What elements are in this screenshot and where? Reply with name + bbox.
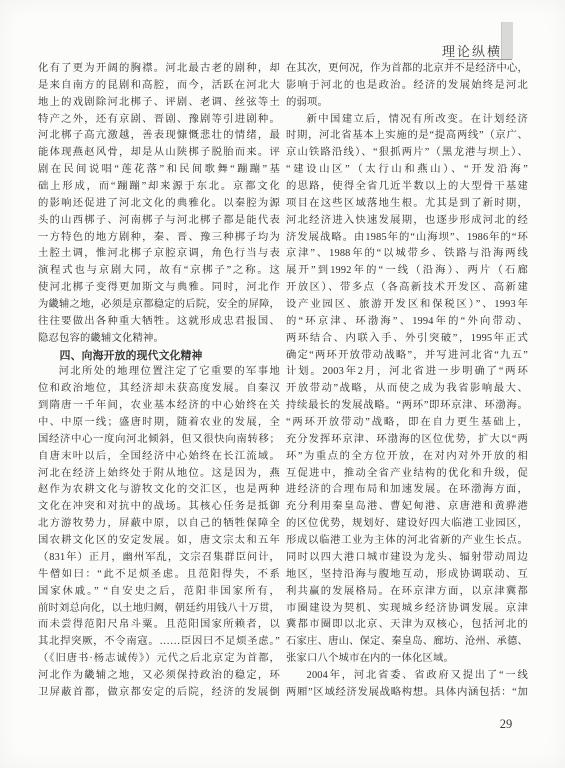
text-line: 国农耕文化区的安定发展。如，唐文宗太和五年 (38, 533, 280, 550)
text-line: 文化在冲突和对抗中的战场。其核心任务是抵御 (38, 499, 280, 516)
text-line: 京津”、1988年的“以城带乡、铁路与沿海两线 (286, 246, 528, 263)
text-line: 持续最长的发展战略。“两环”即环京津、环渤海。 (286, 398, 528, 415)
text-line: 地上的戏剧除河北梆子、评剧、老调、丝弦等土 (38, 95, 280, 112)
text-line: 新中国建立后，情况有所改变。在计划经济 (286, 112, 528, 129)
text-line: 开放带动”战略，从而使之成为我省影响最大、 (286, 381, 528, 398)
text-line: 张家口八个城市在内的一体化区域。 (286, 651, 528, 668)
text-line: 市圈建设为契机、实现城乡经济协调发展。京津 (286, 601, 528, 618)
text-line: 土腔土调，惟河北梆子京腔京调，角色行当与表 (38, 246, 280, 263)
text-line: 充分利用秦皇岛港、曹妃甸港、京唐港和黄骅港 (286, 499, 528, 516)
text-line: 影响于河北的也是政治。经济的发展始终是河北 (286, 78, 528, 95)
document-page: 理论纵横 化有了更为开阔的胸襟。河北最古老的剧种，却是来自南方的昆剧和高腔，而今… (0, 0, 565, 768)
text-line: 河北梆子高亢激越，善表现慷慨悲壮的情绪，最 (38, 128, 280, 145)
text-line: 赵作为农耕文化与游牧文化的交汇区，也是两种 (38, 482, 280, 499)
text-column-right: 在其次，更何况，作为首都的北京并不是经济中心，影响于河北的也是政治。经济的发展始… (286, 61, 528, 702)
text-line: 中、中原一线；盛唐时期，随着农业的发展，全 (38, 415, 280, 432)
text-line: 自唐末叶以后，全国经济中心始终在长江流域。 (38, 449, 280, 466)
text-line: 河北所处的地理位置注定了它重要的军事地 (38, 364, 280, 381)
text-line: 2004年，河北省委、省政府又提出了“一线 (286, 668, 528, 685)
text-line: 国家休戚。” “自安史之后，范阳非国家所有， (38, 584, 280, 601)
text-line: 是来自南方的昆剧和高腔，而今，活跃在河北大 (38, 78, 280, 95)
page-header-title: 理论纵横 (442, 41, 502, 60)
text-line: 而未尝得范阳尺帛斗粟。且范阳国家所赖者，以 (38, 617, 280, 634)
text-line: 确定“两环开放带动战略”，并写进河北省“九五” (286, 348, 528, 365)
text-line: 计划。2003年2月，河北省进一步明确了“两环 (286, 364, 528, 381)
text-line: 卫屏蔽首都，做京都安定的后院，经济的发展倒 (38, 685, 280, 702)
section-heading: 四、向海开放的现代文化精神 (38, 348, 280, 365)
text-line: 环”为重点的全方位开放，在对内对外开放的相 (286, 449, 528, 466)
text-line: 济发展战略。由1985年的“山海坝”、1986年的“环 (286, 230, 528, 247)
text-line: 特产之外，还有京剧、晋剧、豫剧等引进剧种。 (38, 112, 280, 129)
header-rule (448, 59, 512, 60)
text-line: 为畿辅之地，必须是京都稳定的后院，安全的屏障， (38, 297, 280, 314)
section-tab (501, 22, 513, 59)
text-line: 展开”到1992年的“一线（沿海）、两片（石廊 (286, 263, 528, 280)
text-line: 两环结合、内联入手、外引突破”，1995年正式 (286, 331, 528, 348)
text-line: 牛僧如曰：“此不足烦圣虑。且范阳得失，不系 (38, 567, 280, 584)
text-line: 能体现燕赵风骨，却是从山陕梆子脱胎而来。评 (38, 145, 280, 162)
text-line: 两厢”区域经济发展战略构想。具体内涵包括：“加 (286, 685, 528, 702)
text-line: 隐忍包容的畿辅文化精神。 (38, 331, 280, 348)
text-line: 的影响还促进了河北文化的典雅化。以秦腔为源 (38, 196, 280, 213)
text-line: 在其次，更何况，作为首都的北京并不是经济中心， (286, 61, 528, 78)
text-line: 演程式也与京剧大同，故有“京梆子”之称。这 (38, 263, 280, 280)
text-line: 的思路，使得全省几近半数以上的大型骨干基建 (286, 179, 528, 196)
text-line: 时期，河北省基本上实施的是“提高两线”（京广、 (286, 128, 528, 145)
text-line: 设产业园区、旅游开发区和保税区）”、1993年 (286, 297, 528, 314)
text-line: 河北在经济上始终处于附从地位。这是因为，燕 (38, 466, 280, 483)
text-line: 河北作为畿辅之地，又必须保持政治的稳定，环 (38, 668, 280, 685)
text-line: （831年）正月，幽州军乱，文宗召集群臣问计， (38, 550, 280, 567)
text-line: 利共赢的发展格局。在环京津方面，以京津冀都 (286, 584, 528, 601)
text-line: 其北捍突厥，不令南寇。……臣因曰不足烦圣虑。” (38, 634, 280, 651)
text-line: 的区位优势，规划好、建设好四大临港工业园区， (286, 516, 528, 533)
text-column-left: 化有了更为开阔的胸襟。河北最古老的剧种，却是来自南方的昆剧和高腔，而今，活跃在河… (38, 61, 280, 702)
text-line: 北方游牧势力，屏蔽中原，以自己的牺牲保障全 (38, 516, 280, 533)
text-line: 使河北梆子变得更加斯文与典雅。同时，河北作 (38, 280, 280, 297)
text-line: 石家庄、唐山、保定、秦皇岛、廊坊、沧州、承德、 (286, 634, 528, 651)
text-line: 往往要做出各种重大牺牲。这就形成忠君报国、 (38, 314, 280, 331)
text-line: “建设山区”（太行山和燕山）、“开发沿海” (286, 162, 528, 179)
page-number: 29 (492, 717, 520, 732)
text-line: 位和政治地位，其经济却未获高度发展。自秦汉 (38, 381, 280, 398)
text-line: 国经济中心一度向河北倾斜，但又很快向南转移； (38, 432, 280, 449)
text-line: 础上形成，而“蹦蹦”却来源于东北。京都文化 (38, 179, 280, 196)
text-line: 到隋唐一千年间，农业基本经济的中心始终在关 (38, 398, 280, 415)
text-line: 前时刘总向化，以土地归阙，朝廷约用钱八十万贯， (38, 601, 280, 618)
text-line: 剧在民间说唱“莲花落”和民间歌舞“蹦蹦”基 (38, 162, 280, 179)
text-line: 地区，坚持沿海与腹地互动，形成协调联动、互 (286, 567, 528, 584)
text-line: 化有了更为开阔的胸襟。河北最古老的剧种，却 (38, 61, 280, 78)
text-line: 京山铁路沿线）、“狠抓两片”（黑龙港与坝上）、 (286, 145, 528, 162)
text-line: 互促进中，推动全省产业结构的优化和升级，促 (286, 466, 528, 483)
text-line: 项目在这些区域落地生根。尤其是到了新时期， (286, 196, 528, 213)
text-line: 一方特色的地方剧种，秦、晋、豫三种梆子均为 (38, 230, 280, 247)
text-line: 的弱项。 (286, 95, 528, 112)
text-line: 进经济的合理布局和加速发展。在环渤海方面， (286, 482, 528, 499)
text-line: 开放区）、带多点（各高新技术开发区、高新建 (286, 280, 528, 297)
text-line: 头的山西梆子、河南梆子与河北梆子都是能代表 (38, 213, 280, 230)
text-line: 冀都市圈即以北京、天津为双核心，包括河北的 (286, 617, 528, 634)
text-line: （《旧唐书·杨志诚传》）元代之后北京定为首都， (38, 651, 280, 668)
text-line: 的“环京津、环渤海”、1994年的“外向带动、 (286, 314, 528, 331)
text-line: 充分发挥环京津、环渤海的区位优势，扩大以“两 (286, 432, 528, 449)
text-line: 形成以临港工业为主体的河北省新的产业生长点。 (286, 533, 528, 550)
text-line: “两环开放带动”战略，即在自力更生基础上， (286, 415, 528, 432)
text-line: 河北经济进入快速发展期，也逐步形成河北的经 (286, 213, 528, 230)
text-line: 同时以四大港口城市建设为龙头、辐射带动周边 (286, 550, 528, 567)
